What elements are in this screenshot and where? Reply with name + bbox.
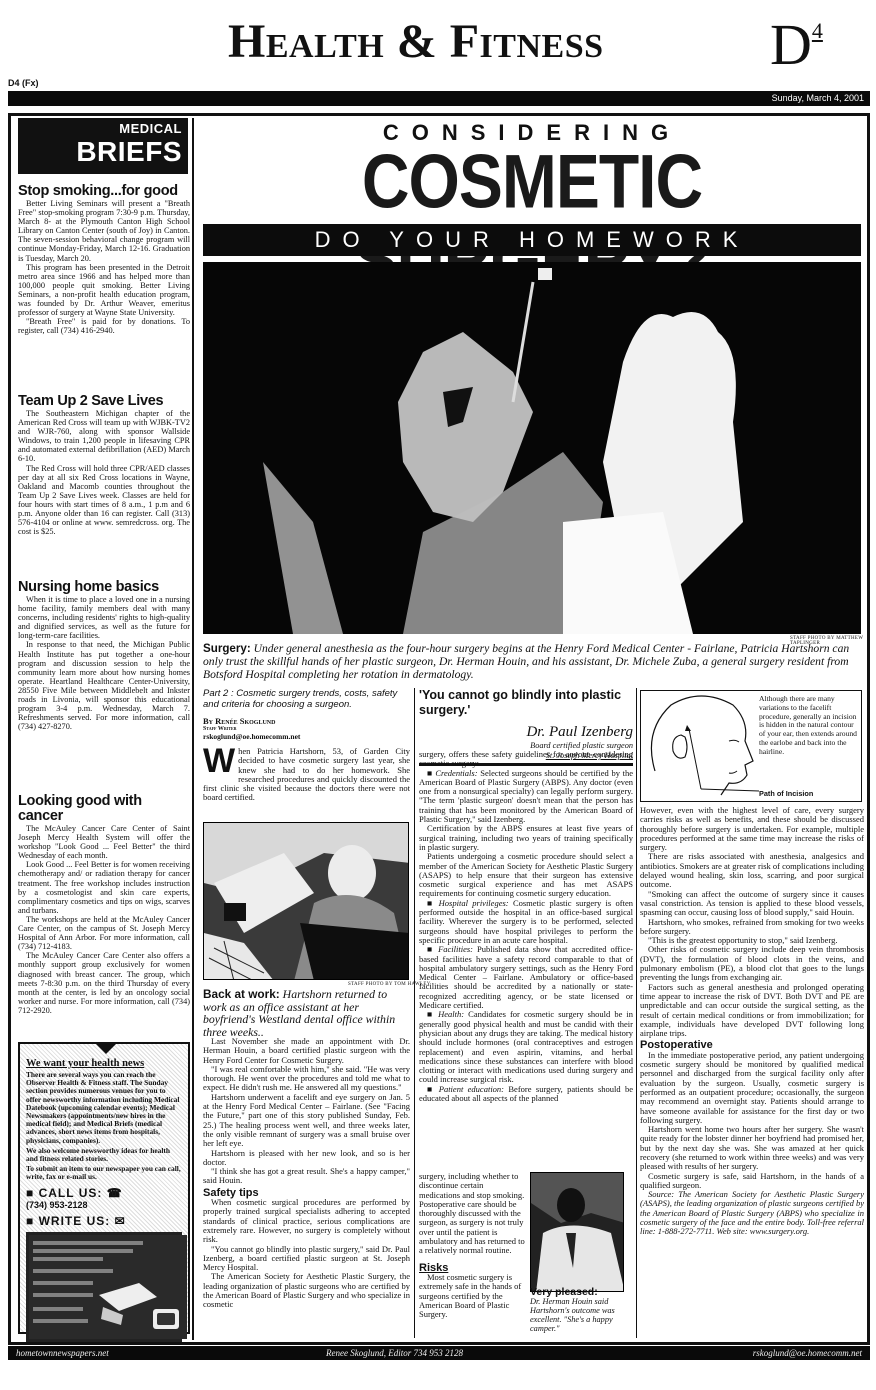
health-news-submission-box: We want your health news There are sever… [18,1042,190,1334]
brief-team-up: Team Up 2 Save Lives The Southeastern Mi… [18,394,190,536]
article-column-2: surgery, offers these safety guidelines … [419,750,633,1103]
contact-phone: (734) 953-2128 [26,1200,182,1210]
page-number: D4 [770,16,823,74]
contact-details-graphic [26,1232,182,1342]
lede: When Patricia Hartshorn, 53, of Garden C… [203,747,410,803]
medical-briefs-column: MEDICAL BRIEFS Stop smoking...for good B… [14,118,194,1340]
doctor-photo-caption: Very pleased:Dr. Herman Houin said Harts… [530,1287,630,1333]
office-photo [203,822,409,980]
footer-website[interactable]: hometownnewspapers.net [16,1346,109,1360]
surgery-photo [203,262,861,634]
envelope-icon: ✉ [115,1214,126,1228]
date-bar: Sunday, March 4, 2001 [8,91,870,106]
head-profile-icon [641,691,759,801]
brief-nursing-home: Nursing home basics When it is time to p… [18,580,190,731]
issue-date: Sunday, March 4, 2001 [772,93,864,103]
phone-icon: ☎ [107,1186,123,1200]
byline-email[interactable]: rskoglund@oe.homecomm.net [203,732,410,741]
brief-headline: Stop smoking...for good [18,184,190,199]
byline: By Renée Skoglund [203,716,410,726]
main-photo-caption: Surgery: Under general anesthesia as the… [203,642,865,681]
surgery-photo-image [203,262,861,634]
deck: DO YOUR HOMEWORK [203,224,861,256]
footer-bar: hometownnewspapers.net Renee Skoglund, E… [8,1346,870,1360]
column-divider [636,688,637,1338]
brief-headline: Team Up 2 Save Lives [18,394,190,409]
diagram-label: Path of Incision [759,789,813,798]
brief-headline: Nursing home basics [18,580,190,595]
series-label: Part 2 : Cosmetic surgery trends, costs,… [203,688,410,710]
article-column-2-wrap: surgery, including whether to discontinu… [419,1172,525,1319]
section-title: Health & Fitness [228,14,604,69]
pull-quote-text: 'You cannot go blindly into plastic surg… [419,688,633,718]
briefs-label: MEDICAL BRIEFS [18,118,188,174]
source-note: Source: The American Society for Aesthet… [640,1190,864,1236]
incision-diagram: Although there are many variations to th… [640,690,862,802]
masthead: Health & Fitness D4 D4 (Fx) Sunday, Marc… [0,0,876,110]
footer-editor: Renee Skoglund, Editor 734 953 2128 [326,1346,463,1360]
office-photo-caption: Back at work: Hartshorn returned to work… [203,988,411,1038]
article-column-1: Part 2 : Cosmetic surgery trends, costs,… [203,688,410,803]
diagram-description: Although there are many variations to th… [759,695,859,757]
column-divider [414,688,415,1338]
fax-and-computer-icon [29,1235,187,1339]
doctor-photo-image [531,1173,624,1292]
drop-cap: W [203,747,235,775]
footer-email[interactable]: rskoglund@oe.homecomm.net [753,1346,862,1360]
article-column-3: However, even with the highest level of … [640,806,864,1237]
article-column-1-continued: Last November she made an appointment wi… [203,1037,410,1310]
office-photo-image [204,823,409,980]
brief-headline: Looking good with cancer [18,794,190,824]
brief-looking-good: Looking good with cancer The McAuley Can… [18,794,190,1015]
call-us-label: ■ CALL US: ☎ [26,1186,182,1200]
arrow-down-icon [94,1042,118,1054]
write-us-label: ■ WRITE US: ✉ [26,1214,182,1228]
folio: D4 (Fx) [8,78,39,88]
pull-quote-name: Dr. Paul Izenberg [419,724,633,741]
doctor-photo [530,1172,624,1292]
brief-stop-smoking: Stop smoking...for good Better Living Se… [18,184,190,335]
